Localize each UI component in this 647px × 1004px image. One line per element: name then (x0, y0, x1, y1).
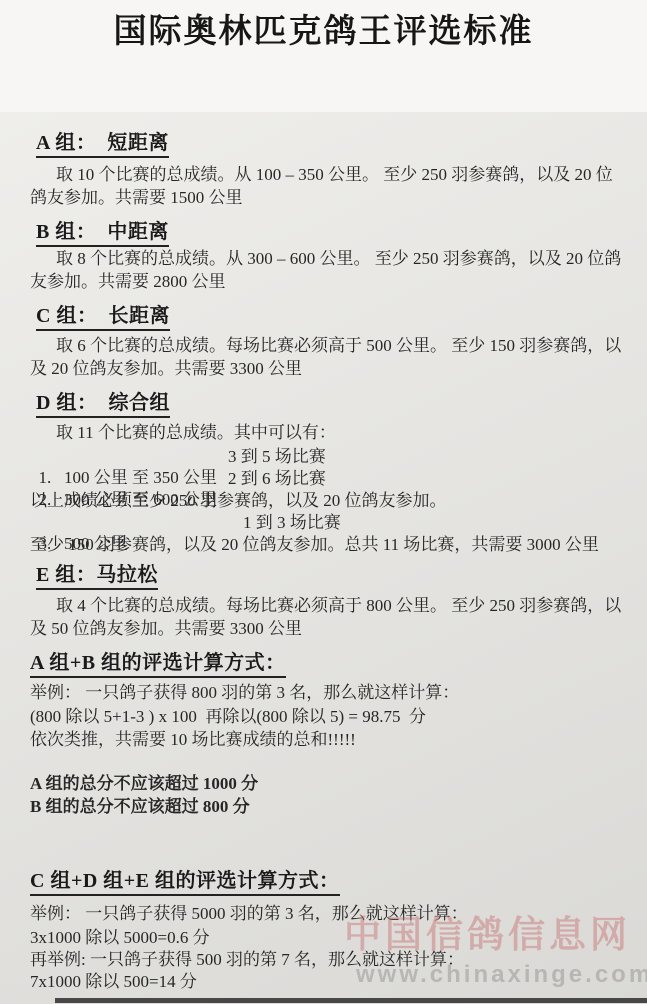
section-d-heading: D 组： 综合组 (36, 391, 170, 418)
section-d-note1: 以上成绩必须至少 250 羽参赛鸽，以及 20 位鸽友参加。 (30, 490, 447, 511)
section-e-heading: E 组：马拉松 (36, 563, 158, 590)
section-c-line2: 及 20 位鸽友参加。共需要 3300 公里 (30, 358, 302, 379)
section-a-line1: 取 10 个比赛的总成绩。从 100 – 350 公里。 至少 250 羽参赛鸽… (56, 164, 613, 185)
section-a-heading: A 组： 短距离 (36, 131, 169, 158)
document-title: 国际奥林匹克鸽王评选标准 (0, 13, 647, 53)
section-e-line1: 取 4 个比赛的总成绩。每场比赛必须高于 800 公里。 至少 250 羽参赛鸽… (56, 595, 621, 616)
section-c-heading: C 组： 长距离 (36, 304, 170, 331)
section-d-row-1-races: 3 到 5 场比赛 (228, 446, 326, 467)
watermark-site-url: www.chinaxinge.com (356, 962, 647, 988)
watermark-site-name: 中国信鸽信息网 (344, 916, 631, 957)
calc-ab-heading: A 组+B 组的评选计算方式： (30, 651, 286, 678)
calc-ab-note: 依次类推，共需要 10 场比赛成绩的总和!!!!! (30, 729, 356, 750)
calc-cde-formula1: 3x1000 除以 5000=0.6 分 (30, 927, 210, 948)
section-d-note2: 至少 150 羽参赛鸽，以及 20 位鸽友参加。总共 11 场比赛，共需要 30… (30, 534, 599, 555)
calc-ab-example: 举例： 一只鸽子获得 800 羽的第 3 名，那么就这样计算： (30, 682, 459, 703)
section-e-line2: 及 50 位鸽友参加。共需要 3300 公里 (30, 618, 302, 639)
calc-ab-limit-b: B 组的总分不应该超过 800 分 (30, 796, 250, 817)
calc-cde-heading: C 组+D 组+E 组的评选计算方式： (30, 869, 340, 896)
calc-cde-formula2: 7x1000 除以 500=14 分 (30, 971, 197, 992)
section-b-line2: 友参加。共需要 2800 公里 (30, 271, 226, 292)
calc-ab-formula: (800 除以 5+1-3 ) x 100 再除以(800 除以 5) = 98… (30, 706, 426, 727)
section-d-row-2-races: 2 到 6 场比赛 (228, 468, 326, 489)
scan-edge-artifact (55, 998, 647, 1003)
section-c-line1: 取 6 个比赛的总成绩。每场比赛必须高于 500 公里。 至少 150 羽参赛鸽… (56, 335, 621, 356)
section-b-line1: 取 8 个比赛的总成绩。从 300 – 600 公里。 至少 250 羽参赛鸽，… (56, 248, 621, 269)
calc-ab-limit-a: A 组的总分不应该超过 1000 分 (30, 773, 258, 794)
section-d-intro: 取 11 个比赛的总成绩。其中可以有： (56, 422, 336, 443)
section-a-line2: 鸽友参加。共需要 1500 公里 (30, 187, 243, 208)
section-d-row-3-races: 1 到 3 场比赛 (243, 512, 341, 533)
section-b-heading: B 组： 中距离 (36, 220, 169, 247)
